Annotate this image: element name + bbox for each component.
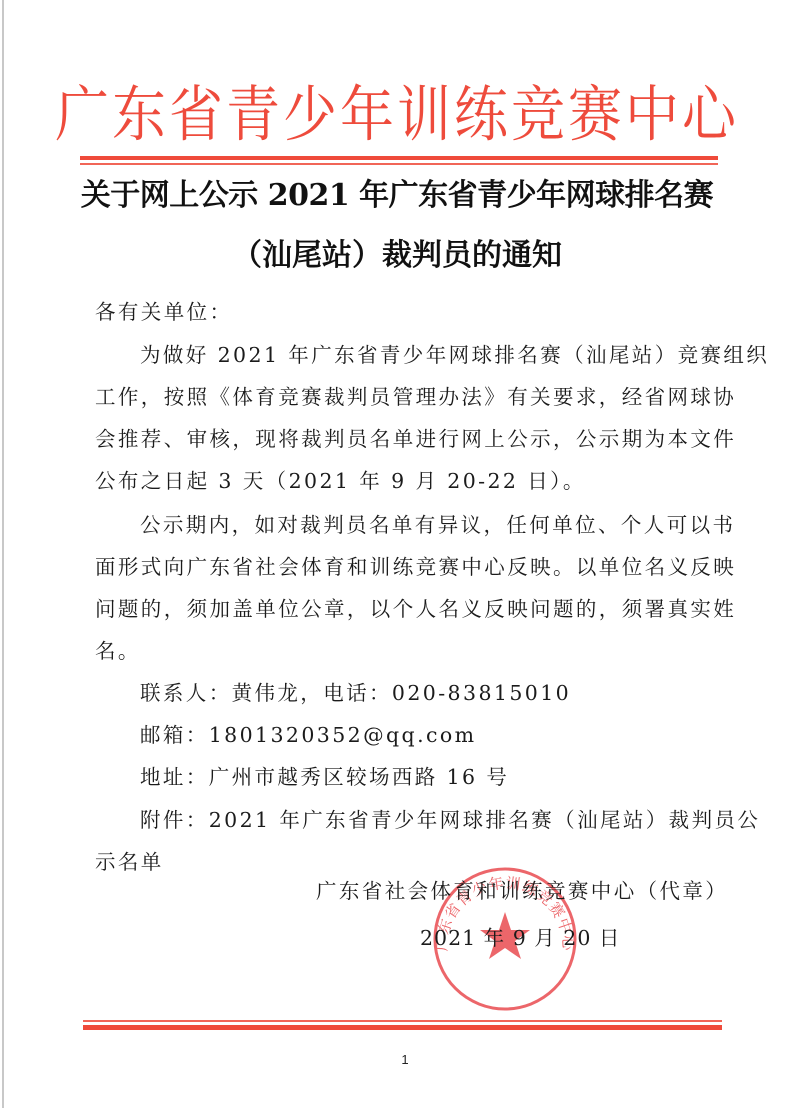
page-edge xyxy=(2,0,4,1108)
paragraph-line: 问题的，须加盖单位公章，以个人名义反映问题的，须署真实姓 xyxy=(95,595,736,623)
attachment-line: 示名单 xyxy=(95,848,164,876)
document-title-line-1: 关于网上公示 2021 年广东省青少年网球排名赛 xyxy=(0,176,794,216)
paragraph-line: 会推荐、审核，现将裁判员名单进行网上公示，公示期为本文件 xyxy=(95,425,736,453)
contact-address: 地址：广州市越秀区较场西路 16 号 xyxy=(140,763,509,791)
paragraph-line: 公布之日起 3 天（2021 年 9 月 20-22 日）。 xyxy=(95,467,586,495)
page-number: 1 xyxy=(0,1052,794,1067)
paragraph-line: 公示期内，如对裁判员名单有异议，任何单位、个人可以书 xyxy=(140,511,735,539)
signature-date: 2021 年 9 月 20 日 xyxy=(420,921,620,951)
signature-organization: 广东省社会体育和训练竞赛中心（代章） xyxy=(316,874,728,904)
contact-person: 联系人：黄伟龙，电话：020-83815010 xyxy=(140,679,571,707)
top-rule-thin xyxy=(80,163,718,165)
paragraph-line: 工作，按照《体育竞赛裁判员管理办法》有关要求，经省网球协 xyxy=(95,383,736,411)
document-title-line-2: （汕尾站）裁判员的通知 xyxy=(0,236,794,276)
paragraph-line: 面形式向广东省社会体育和训练竞赛中心反映。以单位名义反映 xyxy=(95,553,736,581)
contact-email: 邮箱：1801320352@qq.com xyxy=(140,721,476,749)
attachment-line: 附件：2021 年广东省青少年网球排名赛（汕尾站）裁判员公 xyxy=(140,806,760,834)
bottom-rule-thick xyxy=(83,1025,722,1030)
bottom-rule-thin xyxy=(83,1020,722,1022)
masthead-title: 广东省青少年训练竞赛中心 xyxy=(0,78,794,152)
paragraph-line: 名。 xyxy=(95,637,141,665)
paragraph-line: 为做好 2021 年广东省青少年网球排名赛（汕尾站）竞赛组织 xyxy=(140,341,769,369)
salutation: 各有关单位： xyxy=(95,298,232,326)
top-rule-thick xyxy=(80,156,718,160)
